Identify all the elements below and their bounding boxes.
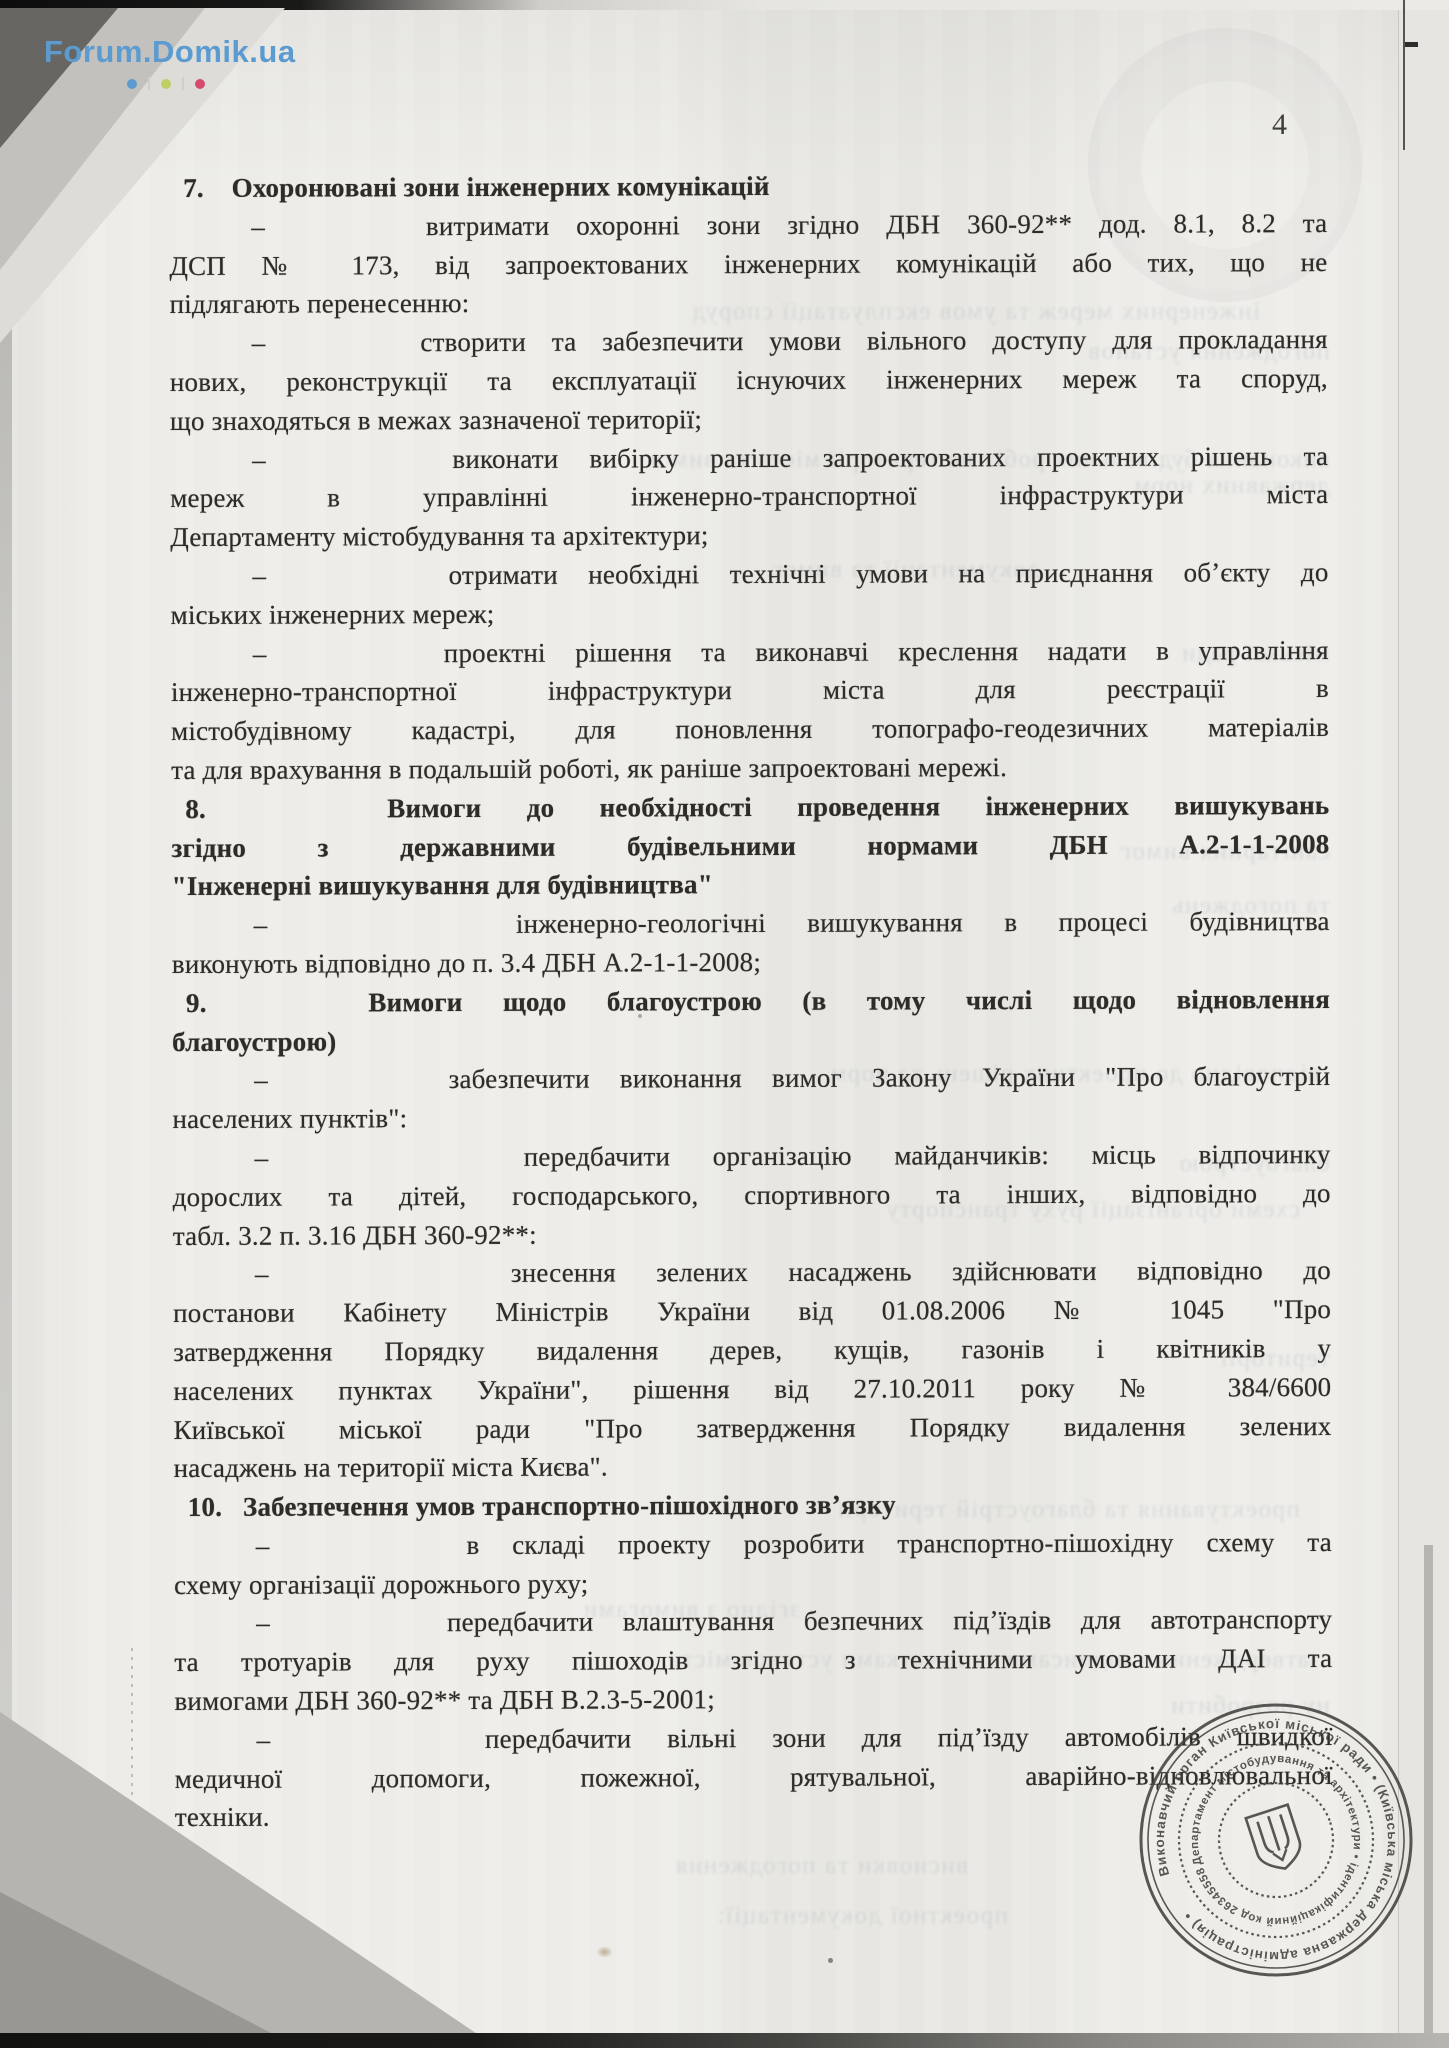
heading-line: 9. Вимоги щодо благоустрою (в тому числі… [172, 980, 1330, 1023]
heading-line: 7. Охоронювані зони інженерних комунікац… [169, 165, 1327, 208]
text-line: населених пунктах України", рішення від … [173, 1368, 1331, 1411]
text-line: інженерно-транспортної інфраструктури мі… [171, 669, 1329, 712]
bleed-through-text: проектної документації: [618, 1902, 1008, 1930]
text-line: ДСП № 173, від запроектованих інженерних… [169, 243, 1327, 286]
heading-line: 8. Вимоги до необхідності проведення інж… [171, 786, 1329, 829]
text-line: – в складі проекту розробити транспортно… [174, 1523, 1332, 1566]
text-line: – проектні рішення та виконавчі кресленн… [171, 631, 1329, 674]
text-line: – витримати охоронні зони згідно ДБН 360… [169, 204, 1327, 247]
page-number: 4 [1272, 108, 1287, 142]
text-line: постанови Кабінету Міністрів України від… [173, 1290, 1331, 1333]
text-line: – передбачити організацію майданчиків: м… [172, 1135, 1330, 1178]
official-round-stamp: Виконавчий орган Київської міської ради … [1132, 1696, 1420, 1984]
text-line: виконують відповідно до п. 3.4 ДБН А.2-1… [172, 941, 1330, 984]
text-line: та тротуарів для руху пішоходів згідно з… [174, 1639, 1332, 1682]
scan-edge-right-bar [1424, 1545, 1433, 2048]
heading-line: 10. Забезпечення умов транспортно-пішохі… [174, 1484, 1332, 1527]
ink-speck [828, 1958, 833, 1963]
text-line: дорослих та дітей, господарського, спорт… [173, 1174, 1331, 1217]
watermark-separator [182, 77, 184, 90]
text-line: – створити та забезпечити умови вільного… [170, 320, 1328, 363]
text-line: – забезпечити виконання вимог Закону Укр… [172, 1057, 1330, 1100]
text-line: підлягають перенесенню: [169, 281, 1327, 324]
text-line: нових, реконструкції та експлуатації існ… [170, 359, 1328, 402]
text-line: містобудівному кадастрі, для поновлення … [171, 708, 1329, 751]
trident-emblem [1246, 1805, 1306, 1876]
paper-stain [596, 1946, 613, 1958]
scan-edge-bottom [0, 2033, 1449, 2048]
text-line: та для врахування в подальшій роботі, як… [171, 747, 1329, 790]
text-line: Київської міської ради "Про затвердження… [173, 1406, 1331, 1449]
text-line: – виконати вибірку раніше запроектованих… [170, 437, 1328, 480]
scanned-document-page: інженерних мереж та умов експлуатації сп… [0, 0, 1449, 2048]
text-line: мереж в управлінні інженерно-транспортно… [170, 475, 1328, 518]
text-line: затвердження Порядку видалення дерев, ку… [173, 1329, 1331, 1372]
text-line: – знесення зелених насаджень здійснювати… [173, 1251, 1331, 1294]
watermark-dots [127, 77, 205, 90]
text-line: – інженерно-геологічні вишукування в про… [172, 902, 1330, 945]
text-line: табл. 3.2 п. 3.16 ДБН 360-92**: [173, 1212, 1331, 1255]
watermark-dot-red [195, 79, 205, 89]
text-line: що знаходяться в межах зазначеної терито… [170, 398, 1328, 441]
scan-edge-right-dash [1405, 42, 1418, 47]
text-line: міських інженерних мереж; [171, 592, 1329, 635]
watermark-dot-blue [127, 79, 137, 89]
heading-line: благоустрою) [172, 1019, 1330, 1062]
ink-speck [638, 1014, 642, 1018]
text-line: Департаменту містобудування та архітекту… [170, 514, 1328, 557]
watermark-separator [148, 77, 150, 90]
text-line: населених пунктів": [172, 1096, 1330, 1139]
scan-edge-right-line [1403, 0, 1405, 150]
heading-line: "Інженерні вишукування для будівництва" [172, 863, 1330, 906]
document-text: 7. Охоронювані зони інженерних комунікац… [169, 165, 1333, 1837]
text-line: схему організації дорожнього руху; [174, 1562, 1332, 1605]
text-line: – передбачити влаштування безпечних під’… [174, 1600, 1332, 1643]
heading-line: згідно з державними будівельними нормами… [171, 825, 1329, 868]
forum-domik-watermark: Forum.Domik.ua [44, 34, 296, 70]
watermark-dot-green [161, 79, 171, 89]
text-line: насаджень на території міста Києва". [174, 1445, 1332, 1488]
text-line: – отримати необхідні технічні умови на п… [170, 553, 1328, 596]
bleed-through-text: висновки та погодження [538, 1852, 968, 1880]
